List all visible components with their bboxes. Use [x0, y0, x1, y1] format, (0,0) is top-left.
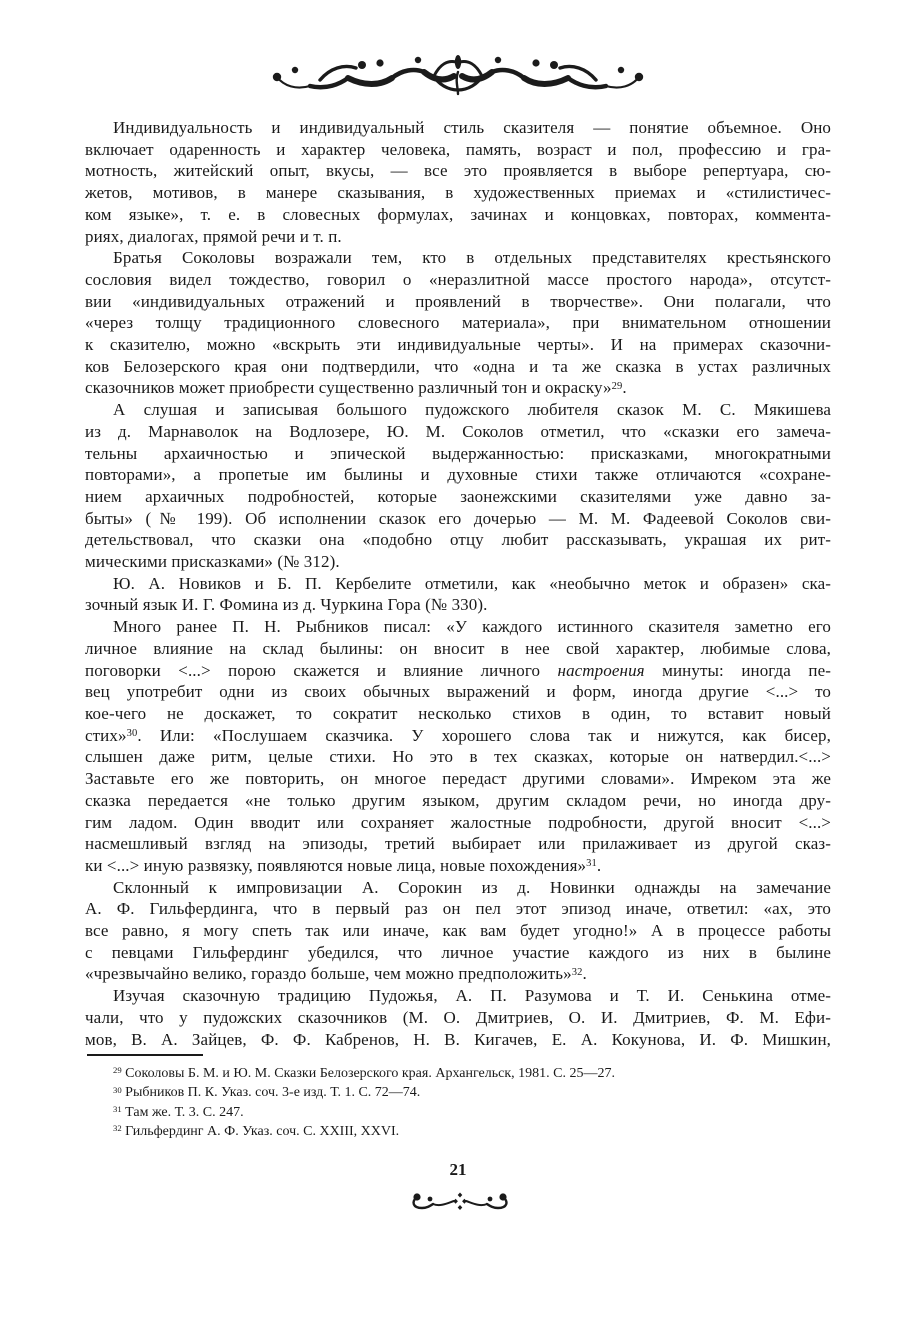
text-line: вец употребит одни из своих обычных выра…: [85, 681, 831, 703]
footnote-marker: 29: [113, 1065, 122, 1075]
text-line: сословия видел тождество, говорил о «нер…: [85, 269, 831, 291]
paragraph: А слушая и записывая большого пудожского…: [85, 399, 831, 573]
footnote-list: 29 Соколовы Б. М. и Ю. М. Сказки Белозер…: [85, 1064, 831, 1142]
text-line: Склонный к импровизации А. Сорокин из д.…: [85, 877, 831, 899]
text-line: Изучая сказочную традицию Пудожья, А. П.…: [85, 985, 831, 1007]
text-line: сказка передается «не только другим язык…: [85, 790, 831, 812]
text-line: «через толщу традиционного словесного ма…: [85, 312, 831, 334]
text-line: ки <...> иную развязку, появляются новые…: [85, 855, 831, 877]
text-line: «чрезвычайно велико, гораздо больше, чем…: [85, 963, 831, 985]
footnote-marker: 29: [612, 381, 623, 392]
text-line: гим ладом. Один вводит или сохраняет жал…: [85, 812, 831, 834]
text-line: Много ранее П. Н. Рыбников писал: «У каж…: [85, 616, 831, 638]
footnote-area: 29 Соколовы Б. М. и Ю. М. Сказки Белозер…: [85, 1054, 831, 1142]
text-line: Индивидуальность и индивидуальный стиль …: [85, 117, 831, 139]
text-line: А. Ф. Гильфердинга, что в первый раз он …: [85, 898, 831, 920]
text-line: все равно, я могу спеть так или иначе, к…: [85, 920, 831, 942]
text-line: кое-чего не доскажет, то сократит нескол…: [85, 703, 831, 725]
text-line: нием архаичных подробностей, которые зао…: [85, 486, 831, 508]
text-line: чали, что у пудожских сказочников (М. О.…: [85, 1007, 831, 1029]
footnote-separator: [87, 1054, 203, 1056]
footnote-marker: 30: [127, 728, 138, 739]
text-line: жетов, мотивов, в манере сказывания, в х…: [85, 182, 831, 204]
text-line: быты» (№ 199). Об исполнении сказок его …: [85, 508, 831, 530]
text-line: к сказителю, можно «вскрыть эти индивиду…: [85, 334, 831, 356]
footnote-marker: 32: [572, 967, 583, 978]
paragraph: Склонный к импровизации А. Сорокин из д.…: [85, 877, 831, 986]
footnote-marker: 32: [113, 1123, 122, 1133]
footnote: 30 Рыбников П. К. Указ. соч. 3-е изд. Т.…: [85, 1083, 831, 1102]
paragraph: Индивидуальность и индивидуальный стиль …: [85, 117, 831, 247]
tailpiece-ornament: [410, 1188, 510, 1221]
text-line: с певцами Гильфердинг убедился, что личн…: [85, 942, 831, 964]
text-line: мотность, житейский опыт, вкусы, — все э…: [85, 160, 831, 182]
text-line: поговорки <...> порою скажется и влияние…: [85, 660, 831, 682]
text-line: мов, В. А. Зайцев, Ф. Ф. Кабренов, Н. В.…: [85, 1029, 831, 1051]
text-line: включает одаренность и характер человека…: [85, 139, 831, 161]
text-line: слышен даже ритм, целые стихи. Но это в …: [85, 746, 831, 768]
page-number: 21: [450, 1160, 467, 1180]
tailpiece-ornament-icon: [410, 1188, 510, 1216]
text-line: насмешливый взгляд на эпизоды, третий вы…: [85, 833, 831, 855]
text-line: риях, диалогах, прямой речи и т. п.: [85, 226, 831, 248]
book-page: Индивидуальность и индивидуальный стиль …: [0, 0, 900, 1330]
footnote-marker: 30: [113, 1085, 122, 1095]
footnote: 31 Там же. Т. 3. С. 247.: [85, 1103, 831, 1122]
footnote-marker: 31: [586, 858, 597, 869]
text-line: сказочников может приобрести существенно…: [85, 377, 831, 399]
text-line: зочный язык И. Г. Фомина из д. Чуркина Г…: [85, 594, 831, 616]
footnote: 29 Соколовы Б. М. и Ю. М. Сказки Белозер…: [85, 1064, 831, 1083]
text-line: детельствовал, что сказки она «подобно о…: [85, 529, 831, 551]
text-line: из д. Марнаволок на Водлозере, Ю. М. Сок…: [85, 421, 831, 443]
text-line: личное влияние на склад былины: он вноси…: [85, 638, 831, 660]
text-line: вии «индивидуальных отражений и проявлен…: [85, 291, 831, 313]
text-line: Заставьте его же повторить, он многое пе…: [85, 768, 831, 790]
paragraph: Ю. А. Новиков и Б. П. Кербелите отметили…: [85, 573, 831, 616]
text-line: мическими присказками» (№ 312).: [85, 551, 831, 573]
text-line: тельны архаичностью и эпической выдержан…: [85, 443, 831, 465]
footnote: 32 Гильфердинг А. Ф. Указ. соч. С. XXIII…: [85, 1122, 831, 1141]
headpiece-ornament: [268, 50, 648, 105]
text-line: А слушая и записывая большого пудожского…: [85, 399, 831, 421]
text-line: стих»30. Или: «Послушаем сказчика. У хор…: [85, 725, 831, 747]
paragraph: Много ранее П. Н. Рыбников писал: «У каж…: [85, 616, 831, 876]
text-line: Ю. А. Новиков и Б. П. Кербелите отметили…: [85, 573, 831, 595]
text-block: Индивидуальность и индивидуальный стиль …: [85, 117, 831, 1050]
text-line: повторами», а пропетые им былины и духов…: [85, 464, 831, 486]
text-line: ков Белозерского края они подтвердили, ч…: [85, 356, 831, 378]
headpiece-ornament-icon: [268, 50, 648, 100]
paragraph: Изучая сказочную традицию Пудожья, А. П.…: [85, 985, 831, 1050]
paragraph: Братья Соколовы возражали тем, кто в отд…: [85, 247, 831, 399]
text-line: ком языке», т. е. в словесных формулах, …: [85, 204, 831, 226]
text-line: Братья Соколовы возражали тем, кто в отд…: [85, 247, 831, 269]
footnote-marker: 31: [113, 1104, 122, 1114]
